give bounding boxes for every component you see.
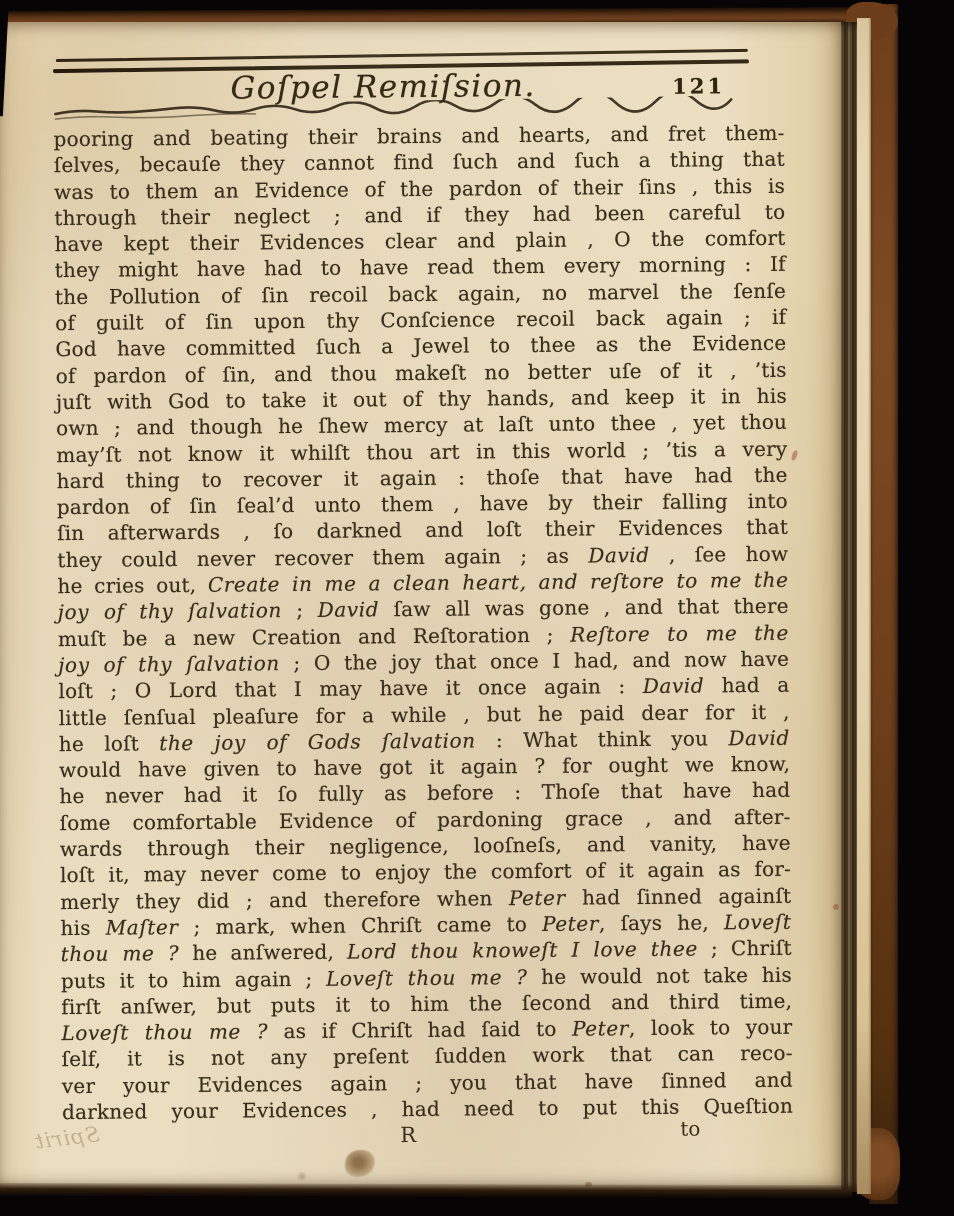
direction-line: R to	[62, 1120, 793, 1152]
catchword: to	[680, 1117, 700, 1141]
page-bottom-edge-shadow	[0, 1183, 852, 1198]
printed-content: Goſpel Remiſsion. 121 pooring and beatin…	[0, 15, 842, 1190]
book-scan: Goſpel Remiſsion. 121 pooring and beatin…	[0, 0, 954, 1216]
body-text: pooring and beating their brains and hea…	[53, 120, 793, 1126]
book-cover-right-edge	[869, 4, 898, 1204]
page-stack-shadow	[838, 22, 859, 1192]
signature-mark: R	[400, 1123, 416, 1147]
book-page: Goſpel Remiſsion. 121 pooring and beatin…	[0, 22, 841, 1190]
speck	[833, 904, 839, 910]
stain	[296, 1172, 308, 1181]
page-fore-edge	[857, 18, 871, 1194]
